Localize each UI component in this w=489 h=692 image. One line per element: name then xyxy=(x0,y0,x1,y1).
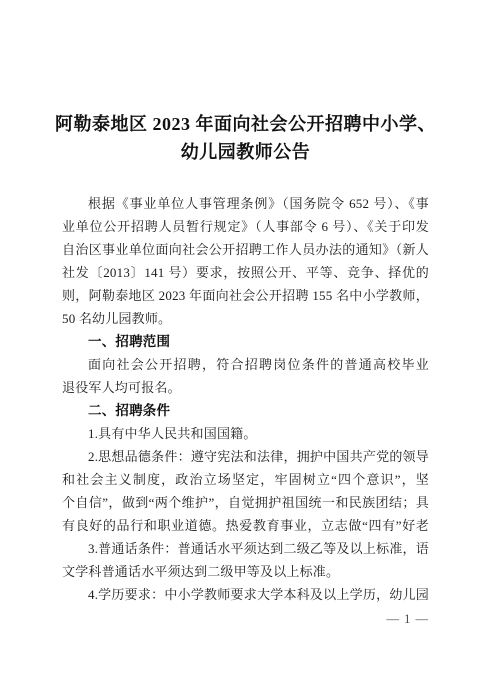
section-heading-recruitment-conditions: 二、招聘条件 xyxy=(62,399,429,422)
body-line: 业单位公开招聘人员暂行规定》（人事部令 6 号）、《关于印发 xyxy=(62,215,429,238)
body-line: 4.学历要求：中小学教师要求大学本科及以上学历，幼儿园 xyxy=(62,583,429,606)
body-line: 50 名幼儿园教师。 xyxy=(62,307,429,330)
title-line-1: 阿勒泰地区 2023 年面向社会公开招聘中小学、 xyxy=(55,110,436,138)
body-line: 1.具有中华人民共和国国籍。 xyxy=(62,422,429,445)
body-line: 则，阿勒泰地区 2023 年面向社会公开招聘 155 名中小学教师， xyxy=(62,284,429,307)
body-line: 面向社会公开招聘，符合招聘岗位条件的普通高校毕业生、 xyxy=(62,353,429,376)
document-body: 根据《事业单位人事管理条例》（国务院令 652 号）、《事 业单位公开招聘人员暂… xyxy=(62,192,429,606)
title-line-2: 幼儿园教师公告 xyxy=(181,138,311,166)
page-number: — 1 — xyxy=(387,612,430,627)
body-line: 退役军人均可报名。 xyxy=(62,376,429,399)
body-line: 社发〔2013〕141 号）要求，按照公开、平等、竞争、择优的原 xyxy=(62,261,429,284)
body-line: 有良好的品行和职业道德。热爱教育事业，立志做“四有”好老师。 xyxy=(62,514,429,537)
document-title: 阿勒泰地区 2023 年面向社会公开招聘中小学、 幼儿园教师公告 xyxy=(62,110,429,166)
document-page: 阿勒泰地区 2023 年面向社会公开招聘中小学、 幼儿园教师公告 根据《事业单位… xyxy=(0,0,489,692)
body-line: 2.思想品德条件：遵守宪法和法律，拥护中国共产党的领导 xyxy=(62,445,429,468)
section-heading-recruitment-scope: 一、招聘范围 xyxy=(62,330,429,353)
body-line: 3.普通话条件：普通话水平须达到二级乙等及以上标准，语 xyxy=(62,537,429,560)
body-line: 和社会主义制度，政治立场坚定，牢固树立“四个意识”，坚定“四 xyxy=(62,468,429,491)
body-line: 个自信”，做到“两个维护”，自觉拥护祖国统一和民族团结；具 xyxy=(62,491,429,514)
body-line: 文学科普通话水平须达到二级甲等及以上标准。 xyxy=(62,560,429,583)
body-line: 根据《事业单位人事管理条例》（国务院令 652 号）、《事 xyxy=(62,192,429,215)
body-line: 自治区事业单位面向社会公开招聘工作人员办法的通知》（新人 xyxy=(62,238,429,261)
